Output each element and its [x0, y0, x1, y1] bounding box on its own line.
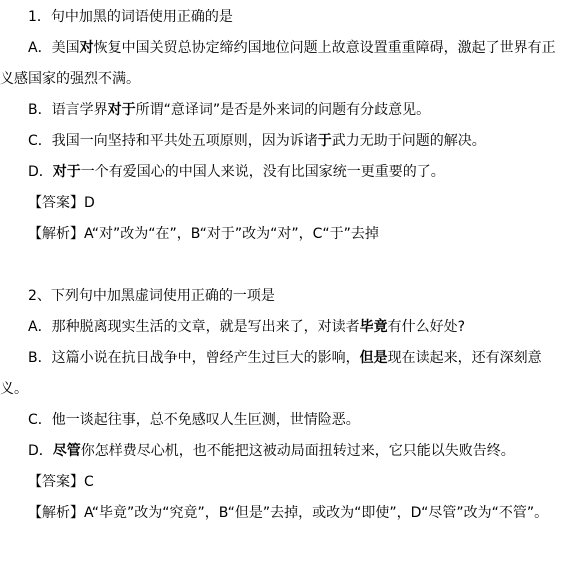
option-label: D． — [28, 164, 53, 180]
option-text-post: 你怎样费尽心机，也不能把这被动局面扭转过来，它只能以失败告终。 — [81, 443, 515, 459]
question-1-stem: 1．句中加黑的词语使用正确的是 — [0, 2, 567, 33]
question-1-number: 1． — [28, 9, 51, 25]
option-label: B． — [28, 102, 52, 118]
option-label: B． — [28, 350, 52, 366]
answer-value: D — [84, 195, 95, 211]
option-text-post: 武力无助于问题的解决。 — [332, 133, 486, 149]
analysis-label: 【解析】 — [28, 505, 84, 521]
question-2-analysis: 【解析】A“毕竟”改为“究竟”，B“但是”去掉，或改为“即使”，D“尽管”改为“… — [0, 498, 567, 529]
question-1-option-b: B．语言学界对于所谓“意译词”是否是外来词的问题有分歧意见。 — [0, 95, 567, 126]
option-label: A． — [28, 319, 52, 335]
question-1-answer: 【答案】D — [0, 188, 567, 219]
option-label: C． — [28, 412, 52, 428]
question-block-1: 1．句中加黑的词语使用正确的是 A．美国对恢复中国关贸总协定缔约国地位问题上故意… — [0, 2, 567, 250]
option-label: D． — [28, 443, 53, 459]
analysis-label: 【解析】 — [28, 226, 84, 242]
analysis-text: A“毕竟”改为“究竟”，B“但是”去掉，或改为“即使”，D“尽管”改为“不管”。 — [84, 505, 548, 521]
question-2-option-a: A．那种脱离现实生活的文章，就是写出来了，对读者毕竟有什么好处? — [0, 312, 567, 343]
option-bold-term: 于 — [318, 133, 332, 149]
question-2-option-d: D．尽管你怎样费尽心机，也不能把这被动局面扭转过来，它只能以失败告终。 — [0, 436, 567, 467]
option-bold-term: 对 — [80, 40, 94, 56]
question-1-stem-text: 句中加黑的词语使用正确的是 — [51, 9, 233, 25]
option-text-pre: 语言学界 — [52, 102, 108, 118]
question-2-option-c: C．他一谈起往事，总不免感叹人生叵测，世情险恶。 — [0, 405, 567, 436]
option-bold-term: 毕竟 — [360, 319, 388, 335]
option-bold-term: 对于 — [108, 102, 136, 118]
option-text-pre: 他一谈起往事，总不免感叹人生叵测，世情险恶。 — [52, 412, 360, 428]
option-label: A． — [28, 40, 52, 56]
question-1-option-a: A．美国对恢复中国关贸总协定缔约国地位问题上故意设置重重障碍，激起了世界有正义感… — [0, 33, 567, 95]
question-2-option-b: B．这篇小说在抗日战争中，曾经产生过巨大的影响，但是现在读起来，还有深刻意义。 — [0, 343, 567, 405]
question-2-answer: 【答案】C — [0, 467, 567, 498]
option-text-pre: 这篇小说在抗日战争中，曾经产生过巨大的影响， — [52, 350, 360, 366]
analysis-text: A“对”改为“在”，B“对于”改为“对”，C“于”去掉 — [84, 226, 379, 242]
answer-label: 【答案】 — [28, 195, 84, 211]
option-bold-term: 但是 — [360, 350, 388, 366]
option-text-post: 所谓“意译词”是否是外来词的问题有分歧意见。 — [136, 102, 431, 118]
question-block-2: 2、下列句中加黑虚词使用正确的一项是 A．那种脱离现实生活的文章，就是写出来了，… — [0, 281, 567, 529]
option-text-post: 有什么好处? — [388, 319, 465, 335]
option-label: C． — [28, 133, 52, 149]
question-2-number: 2、 — [28, 288, 51, 304]
option-bold-term: 尽管 — [53, 443, 81, 459]
option-bold-term: 对于 — [53, 164, 81, 180]
answer-label: 【答案】 — [28, 474, 84, 490]
option-text-pre: 我国一向坚持和平共处五项原则，因为诉诸 — [52, 133, 318, 149]
answer-value: C — [84, 474, 94, 490]
option-text-pre: 美国 — [52, 40, 80, 56]
question-1-analysis: 【解析】A“对”改为“在”，B“对于”改为“对”，C“于”去掉 — [0, 219, 567, 250]
option-text-post: 一个有爱国心的中国人来说，没有比国家统一更重要的了。 — [81, 164, 445, 180]
question-2-stem-text: 下列句中加黑虚词使用正确的一项是 — [51, 288, 275, 304]
document-page: 1．句中加黑的词语使用正确的是 A．美国对恢复中国关贸总协定缔约国地位问题上故意… — [0, 0, 567, 529]
question-1-option-d: D．对于一个有爱国心的中国人来说，没有比国家统一更重要的了。 — [0, 157, 567, 188]
option-text-pre: 那种脱离现实生活的文章，就是写出来了，对读者 — [52, 319, 360, 335]
question-1-option-c: C．我国一向坚持和平共处五项原则，因为诉诸于武力无助于问题的解决。 — [0, 126, 567, 157]
question-2-stem: 2、下列句中加黑虚词使用正确的一项是 — [0, 281, 567, 312]
